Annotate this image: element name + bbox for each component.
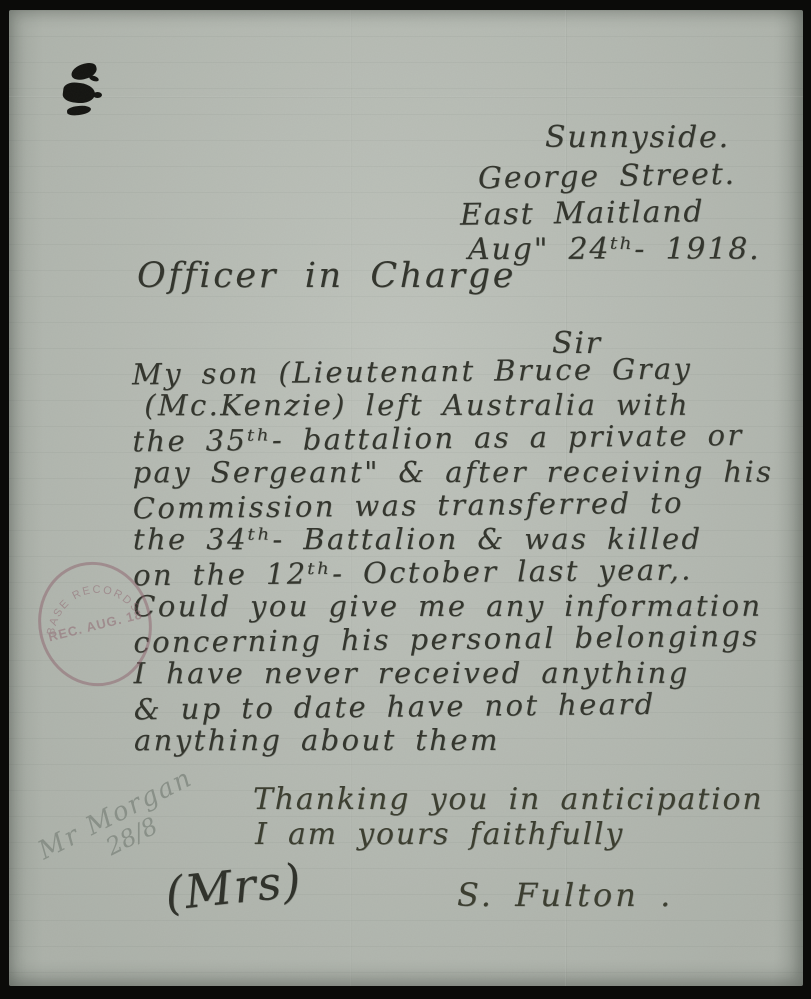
address-line-3: East Maitland: [460, 194, 705, 232]
signature: S. Fulton .: [457, 876, 673, 914]
body-line: on the 12ᵗʰ- October last year,.: [133, 553, 774, 593]
address-line-1: Sunnyside.: [545, 120, 730, 155]
body-line: anything about them: [134, 723, 775, 757]
body-line: Could you give me any information: [133, 589, 774, 623]
letter-body: My son (Lieutenant Bruce Gray (Mc.Kenzie…: [132, 353, 775, 758]
body-line: the 35ᵗʰ- battalion as a private or: [132, 419, 773, 459]
body-line: My son (Lieutenant Bruce Gray: [132, 352, 773, 392]
signature-prefix: (Mrs): [163, 853, 305, 921]
closing-line-1: Thanking you in anticipation: [253, 782, 763, 817]
body-line: Commission was transferred to: [133, 486, 774, 526]
scan-background: Sunnyside. George Street. East Maitland …: [0, 0, 811, 999]
body-line: & up to date have not heard: [134, 687, 775, 727]
body-line: I have never received anything: [134, 656, 775, 690]
ink-blot-mark: [62, 81, 96, 105]
body-line: (Mc.Kenzie) left Australia with: [132, 388, 773, 422]
ink-blot-mark: [93, 92, 102, 98]
closing-line-2: I am yours faithfully: [255, 817, 624, 852]
body-line: concerning his personal belongings: [133, 620, 774, 660]
ink-blot-mark: [88, 74, 99, 82]
ink-blot: [59, 56, 119, 126]
address-line-2: George Street.: [478, 157, 736, 196]
ink-blot-mark: [67, 105, 92, 116]
body-line: the 34ᵗʰ- Battalion & was killed: [133, 522, 774, 556]
paper: Sunnyside. George Street. East Maitland …: [9, 10, 803, 986]
body-line: pay Sergeant" & after receiving his: [133, 455, 774, 489]
paper-crease: [9, 96, 803, 98]
recipient-line: Officer in Charge: [137, 256, 516, 296]
